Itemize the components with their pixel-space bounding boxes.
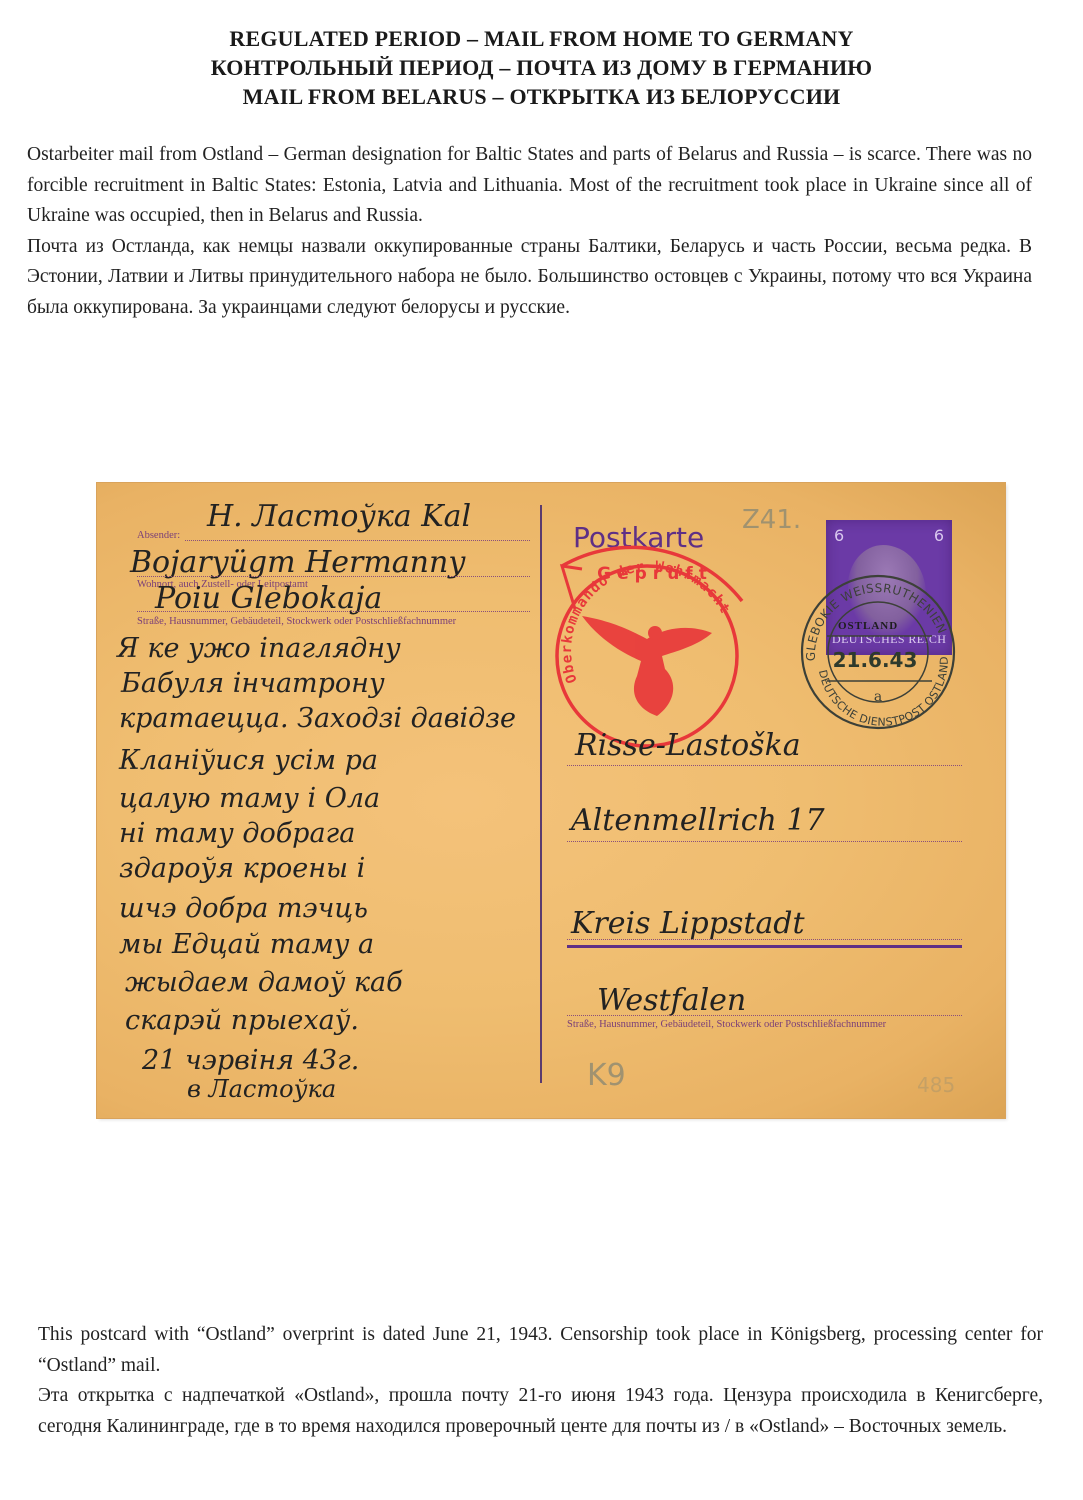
message-line: скарэй прыехаў. (125, 1005, 359, 1036)
svg-text:a: a (874, 689, 882, 705)
strasse-label: Straße, Hausnummer, Gebäudeteil, Stockwe… (137, 616, 456, 627)
message-line: Кланіўися усім ра (119, 745, 378, 776)
city-underline (567, 945, 962, 948)
postcard-image: Absender: Н. Ластоўка Kal Bojaryügm Herm… (97, 483, 1005, 1118)
message-line: кратаецца. Заходзі давідзе (119, 703, 516, 734)
outro-text: This postcard with “Ostland” overprint i… (38, 1320, 1043, 1442)
outro-russian: Эта открытка с надпечаткой «Ostland», пр… (38, 1381, 1043, 1442)
censor-stamp: Geprüft Oberkommando der Wehrmacht (537, 521, 772, 756)
title-english: REGULATED PERIOD – MAIL FROM HOME TO GER… (0, 24, 1083, 53)
stamp-value-right: 6 (934, 526, 944, 545)
intro-russian: Почта из Остланда, как немцы назвали окк… (27, 232, 1032, 324)
message-line: ні таму добрага (119, 818, 355, 849)
recipient-city: Kreis Lippstadt (571, 906, 805, 941)
outro-english: This postcard with “Ostland” overprint i… (38, 1320, 1043, 1381)
intro-text: Ostarbeiter mail from Ostland – German d… (27, 140, 1032, 323)
message-line: жыдаем дамоў каб (125, 967, 403, 998)
title-russian: КОНТРОЛЬНЫЙ ПЕРИОД – ПОЧТА ИЗ ДОМУ В ГЕР… (0, 53, 1083, 82)
stamp-value-left: 6 (834, 526, 844, 545)
postmark: GLEBOKIE WEISSRUTHENIEN DEUTSCHE DIENSTP… (797, 571, 959, 733)
dotted-line (567, 939, 962, 940)
title-belarus: MAIL FROM BELARUS – ОТКРЫТКА ИЗ БЕЛОРУСС… (0, 82, 1083, 111)
intro-english: Ostarbeiter mail from Ostland – German d… (27, 140, 1032, 232)
pencil-note-bottom: K9 (587, 1058, 626, 1093)
pencil-note-faint: 485 (917, 1073, 955, 1097)
message-line: шчэ добра тэчць (119, 893, 368, 924)
page-title: REGULATED PERIOD – MAIL FROM HOME TO GER… (0, 24, 1083, 111)
message-line: Бабуля інчатрону (121, 668, 385, 699)
message-signature: в Ластоўка (187, 1075, 336, 1103)
dotted-line (567, 1015, 962, 1016)
message-line: мы Едцай таму а (119, 929, 374, 960)
message-line: здароўя кроены і (119, 853, 365, 884)
svg-text:21.6.43: 21.6.43 (833, 648, 918, 672)
dotted-line (185, 540, 530, 541)
message-line: Я ке ужо іпаглядну (117, 633, 401, 664)
eagle-icon (582, 616, 712, 716)
dotted-line (137, 576, 530, 577)
absender-label: Absender: (137, 530, 180, 541)
recipient-region: Westfalen (597, 983, 746, 1018)
message-date: 21 чэрвіня 43г. (142, 1045, 359, 1076)
recipient-name: Risse-Lastoška (575, 728, 801, 763)
dotted-line (567, 765, 962, 766)
sender-name: Н. Ластоўка Kal (207, 499, 471, 534)
dotted-line (137, 611, 530, 612)
recipient-street: Altenmellrich 17 (571, 803, 825, 838)
dotted-line (567, 841, 962, 842)
message-line: цалую таму і Ола (119, 783, 380, 814)
sender-town: Bojaryügm Hermanny (130, 545, 465, 580)
address-strasse-label: Straße, Hausnummer, Gebäudeteil, Stockwe… (567, 1019, 886, 1030)
